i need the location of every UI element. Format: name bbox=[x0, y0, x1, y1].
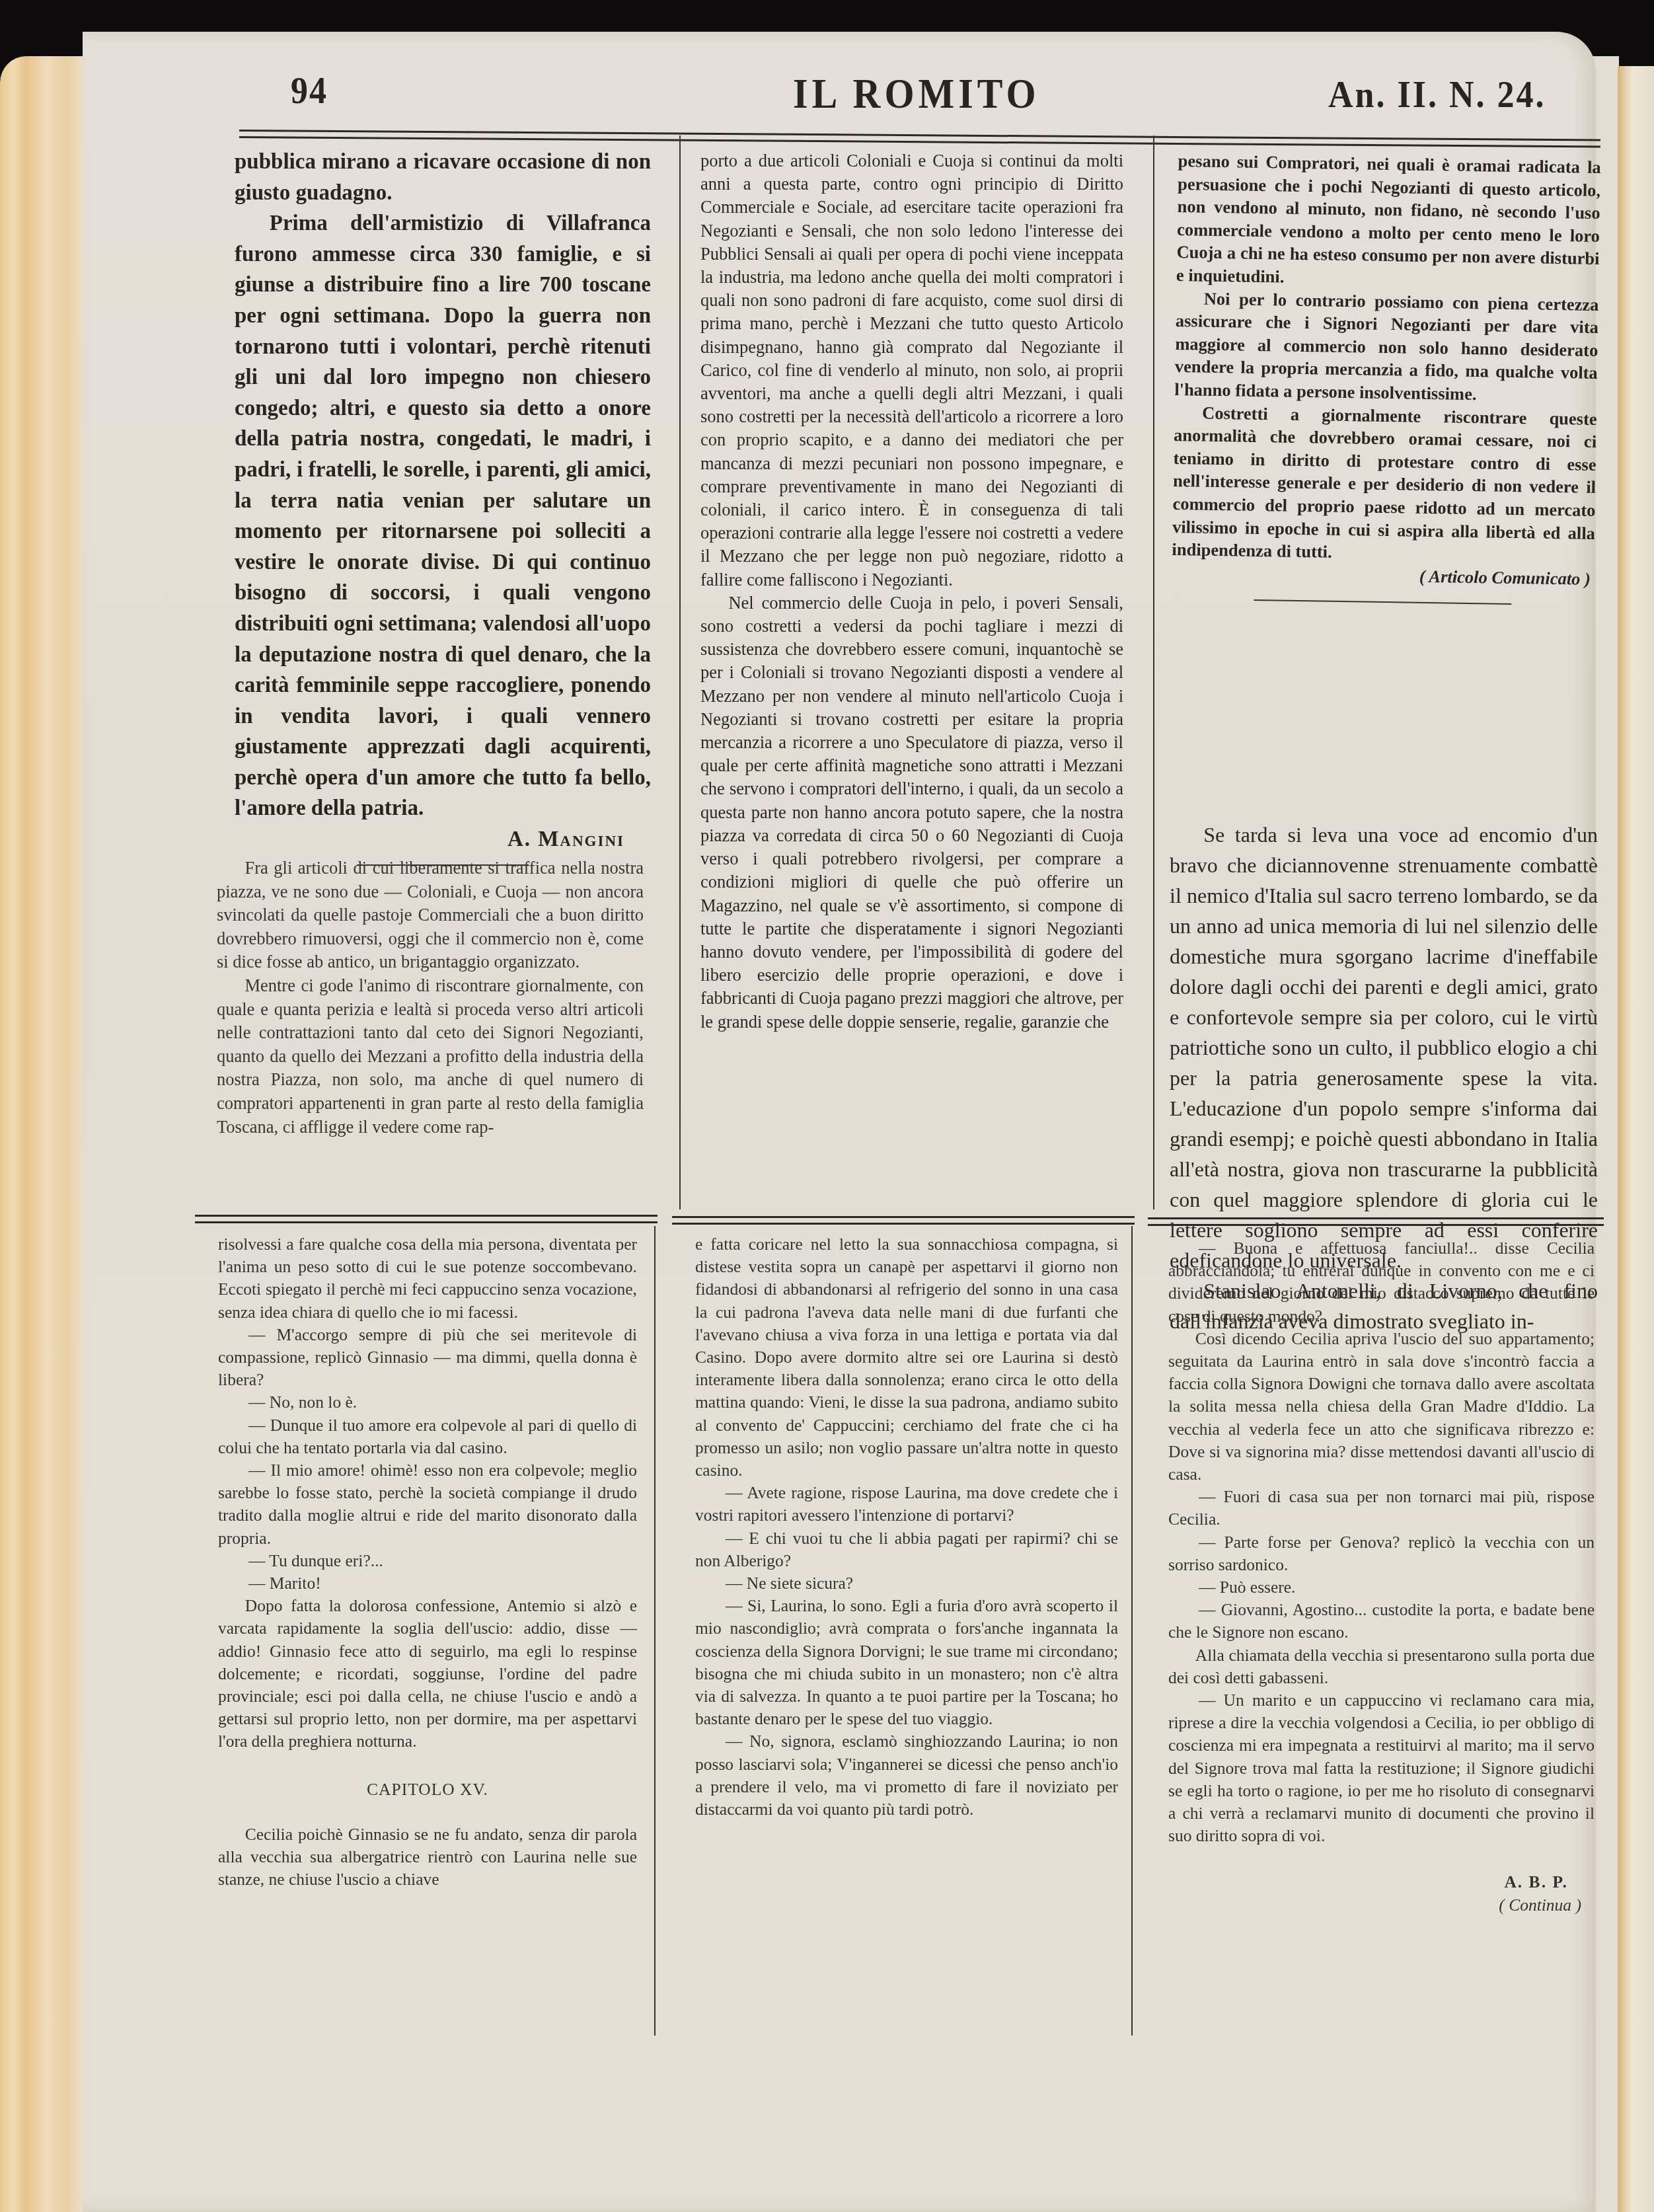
masthead: 94 IL ROMITO An. II. N. 24. bbox=[0, 66, 1654, 119]
feuilleton-column-3: — Buona e affettuosa fanciulla!.. disse … bbox=[1168, 1237, 1595, 1917]
section-divider-rule bbox=[195, 1215, 658, 1223]
author-signature: A. B. P. bbox=[1168, 1871, 1595, 1893]
column-divider bbox=[1131, 1226, 1133, 2036]
paragraph: porto a due articoli Coloniali e Cuoja s… bbox=[700, 149, 1123, 591]
chapter-heading: CAPITOLO XV. bbox=[218, 1778, 637, 1801]
dialogue-line: — Giovanni, Agostino... custodite la por… bbox=[1168, 1599, 1595, 1644]
newspaper-title: IL ROMITO bbox=[793, 69, 1040, 118]
column-divider bbox=[654, 1226, 656, 2036]
paragraph: Dopo fatta la dolorosa confessione, Ante… bbox=[218, 1595, 637, 1753]
issue-number: An. II. N. 24. bbox=[1328, 73, 1546, 116]
author-signature: A. Mangini bbox=[235, 824, 651, 855]
paragraph: pubblica mirano a ricavare occasione di … bbox=[235, 147, 651, 208]
article-column-3: pesano sui Compratori, nei quali è orama… bbox=[1171, 149, 1601, 632]
dialogue-line: — Buona e affettuosa fanciulla!.. disse … bbox=[1168, 1237, 1595, 1328]
feuilleton-column-2: e fatta coricare nel letto la sua sonnac… bbox=[695, 1233, 1118, 1821]
paragraph: Noi per lo contrario possiamo con piena … bbox=[1174, 287, 1599, 408]
paragraph: Nel commercio delle Cuoja in pelo, i pov… bbox=[700, 591, 1123, 1034]
column-divider bbox=[679, 135, 681, 1209]
dialogue-line: — Ne siete sicura? bbox=[695, 1572, 1118, 1595]
dialogue-line: — Tu dunque eri?... bbox=[218, 1550, 637, 1572]
paragraph: Mentre ci gode l'animo di riscontrare gi… bbox=[217, 974, 644, 1139]
dialogue-line: — Un marito e un cappuccino vi reclamano… bbox=[1168, 1689, 1595, 1847]
signature-text: A. Mangini bbox=[507, 827, 624, 851]
paragraph: Fra gli articoli di cui liberamente si t… bbox=[217, 857, 644, 974]
dialogue-line: — No, non lo è. bbox=[218, 1391, 637, 1414]
dialogue-line: — Dunque il tuo amore era colpevole al p… bbox=[218, 1414, 637, 1459]
paragraph: Alla chiamata della vecchia si presentar… bbox=[1168, 1644, 1595, 1689]
dialogue-line: — Avete ragione, rispose Laurina, ma dov… bbox=[695, 1482, 1118, 1527]
dialogue-line: — Parte forse per Genova? replicò la vec… bbox=[1168, 1531, 1595, 1576]
paragraph: risolvessi a fare qualche cosa della mia… bbox=[218, 1233, 637, 1324]
column-divider bbox=[1153, 135, 1154, 1209]
paragraph: Costretti a giornalmente riscontrare que… bbox=[1172, 400, 1597, 567]
paragraph: e fatta coricare nel letto la sua sonnac… bbox=[695, 1233, 1118, 1482]
dialogue-line: — Il mio amore! ohimè! esso non era colp… bbox=[218, 1459, 637, 1550]
paragraph: Se tarda si leva una voce ad encomio d'u… bbox=[1170, 820, 1598, 1276]
dialogue-line: — M'accorgo sempre di più che sei merite… bbox=[218, 1324, 637, 1392]
dialogue-line: — Può essere. bbox=[1168, 1576, 1595, 1599]
article-column-1: pubblica mirano a ricavare occasione di … bbox=[235, 147, 651, 872]
paragraph: Così dicendo Cecilia apriva l'uscio del … bbox=[1168, 1328, 1595, 1486]
dialogue-line: — Fuori di casa sua per non tornarci mai… bbox=[1168, 1486, 1595, 1531]
paragraph: Prima dell'armistizio di Villafranca fur… bbox=[235, 208, 651, 824]
feuilleton-column-1: risolvessi a fare qualche cosa della mia… bbox=[218, 1233, 637, 1891]
article-column-2: porto a due articoli Coloniali e Cuoja s… bbox=[700, 149, 1123, 1034]
paragraph: Cecilia poichè Ginnasio se ne fu andato,… bbox=[218, 1823, 637, 1891]
dialogue-line: — E chi vuoi tu che li abbia pagati per … bbox=[695, 1527, 1118, 1572]
continued-notice: ( Continua ) bbox=[1168, 1894, 1595, 1917]
paragraph: pesano sui Compratori, nei quali è orama… bbox=[1176, 149, 1601, 293]
next-page-edge bbox=[1618, 66, 1654, 2212]
page-number: 94 bbox=[291, 69, 328, 112]
article-separator bbox=[1254, 599, 1511, 605]
article-coloniali-cuoja: Fra gli articoli di cui liberamente si t… bbox=[217, 857, 644, 1139]
dialogue-line: — No, signora, esclamò singhiozzando Lau… bbox=[695, 1730, 1118, 1821]
dialogue-line: — Marito! bbox=[218, 1572, 637, 1595]
dialogue-line: — Si, Laurina, lo sono. Egli a furia d'o… bbox=[695, 1595, 1118, 1730]
section-divider-rule bbox=[672, 1216, 1135, 1225]
